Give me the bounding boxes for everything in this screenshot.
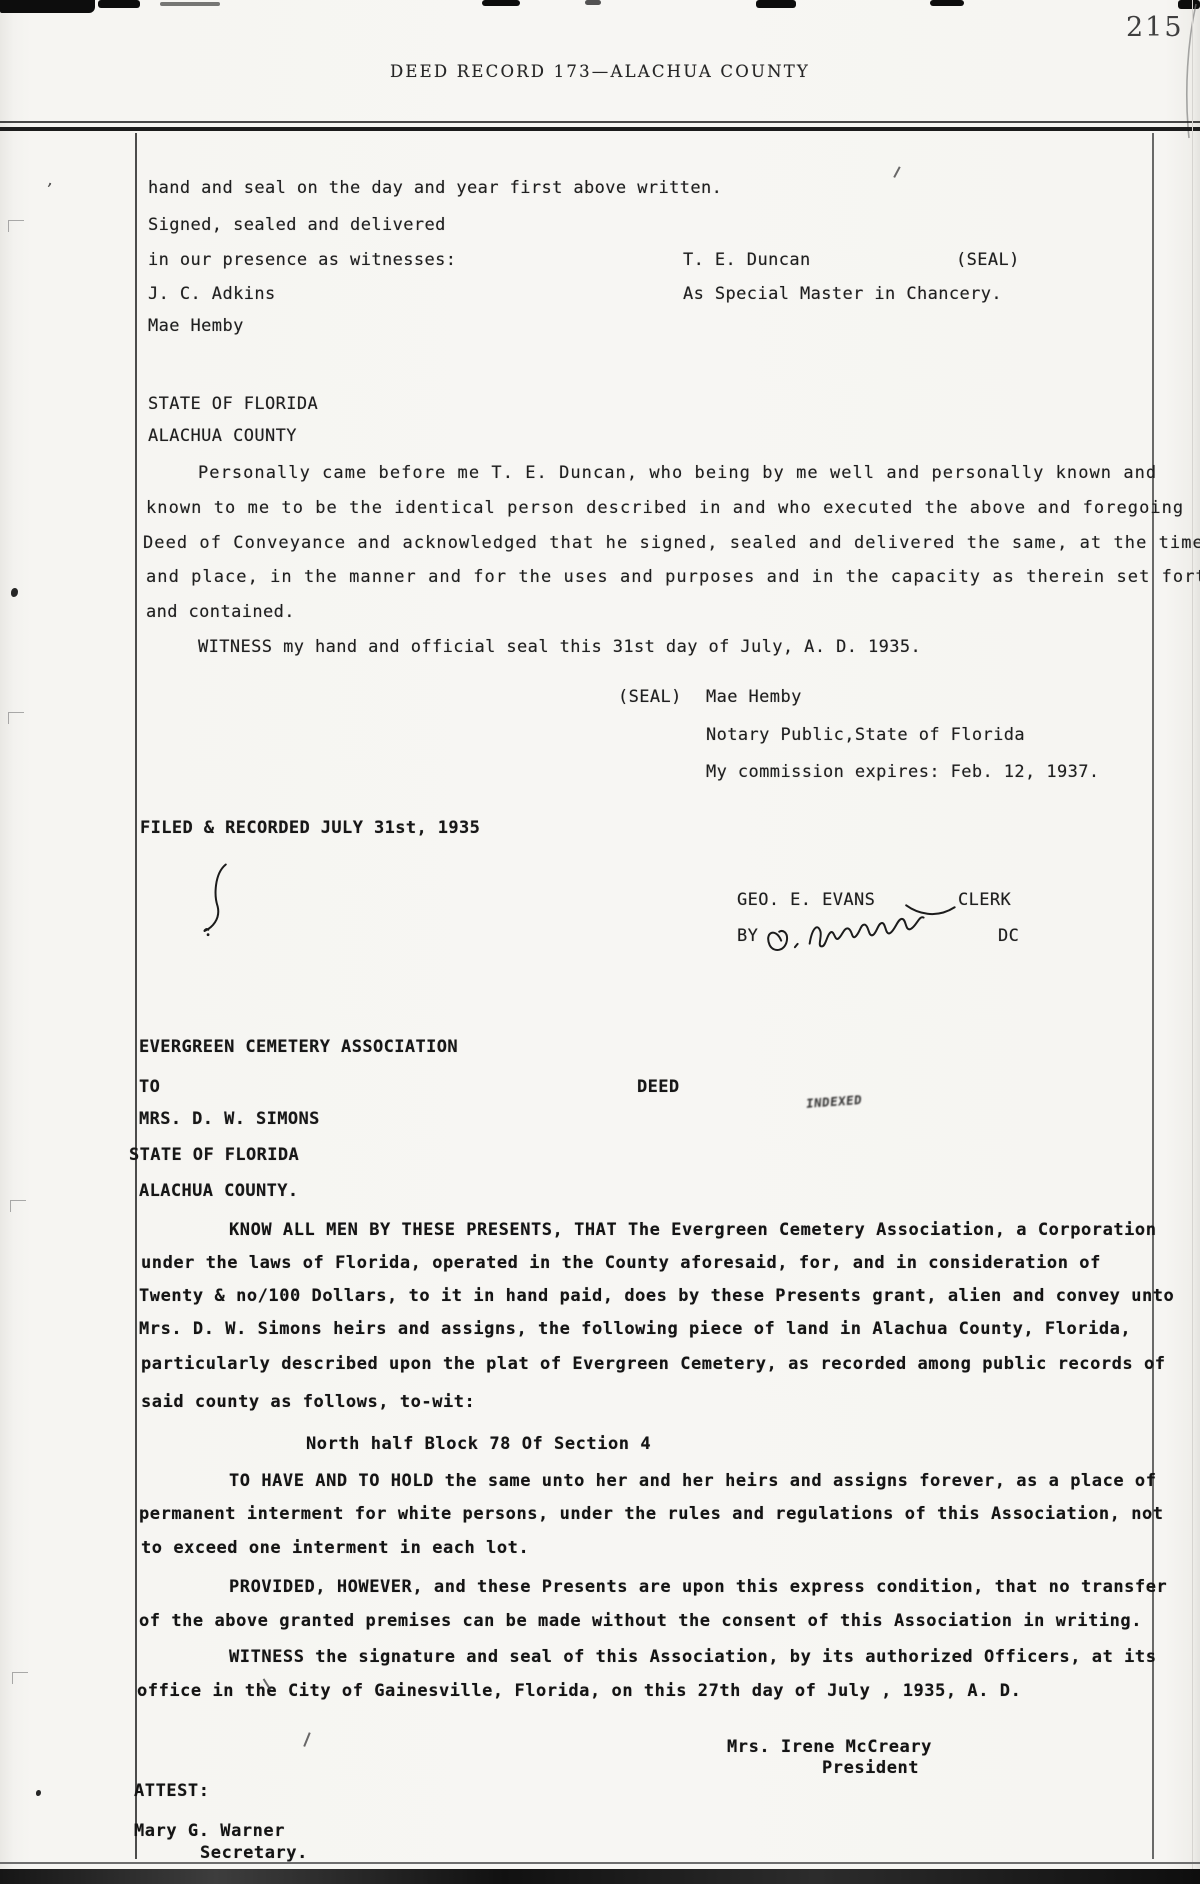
scan-artifact [930,0,964,6]
caption-grantor: EVERGREEN CEMETERY ASSOCIATION [139,1037,458,1057]
deed-body-line-3: Twenty & no/100 Dollars, to it in hand p… [139,1286,1174,1306]
ruled-line-bottom [0,1862,1200,1864]
ack-para-line-5: and contained. [146,602,295,622]
deed-county: ALACHUA COUNTY. [139,1181,299,1201]
scan-artifact [8,220,24,232]
left-margin-rule [135,133,137,1859]
clerk-title: CLERK [958,890,1011,910]
witness-clause-line-1: WITNESS the signature and seal of this A… [229,1647,1157,1667]
president-title: President [822,1758,919,1778]
ruled-line-top-thin [0,121,1200,123]
caption-instrument: DEED [637,1077,680,1097]
scan-artifact [893,166,900,177]
proviso-line-1: PROVIDED, HOWEVER, and these Presents ar… [229,1577,1167,1597]
notary-name: Mae Hemby [706,687,802,707]
closing-line-3: in our presence as witnesses: [148,250,456,270]
right-margin-rule [1152,133,1154,1859]
scan-artifact [10,1200,26,1212]
page-number: 215 [1126,12,1184,43]
scan-artifact [12,1672,28,1684]
ack-state: STATE OF FLORIDA [148,394,318,414]
deed-state: STATE OF FLORIDA [129,1145,299,1165]
deed-body-line-2: under the laws of Florida, operated in t… [141,1253,1101,1273]
proviso-line-2: of the above granted premises can be mad… [139,1611,1142,1631]
page-edge-line [1192,0,1193,1884]
ack-para-line-2: known to me to be the identical person d… [146,498,1184,518]
master-title: As Special Master in Chancery. [683,284,1002,304]
notary-commission: My commission expires: Feb. 12, 1937. [706,762,1100,782]
ack-para-line-1: Personally came before me T. E. Duncan, … [198,463,1157,483]
scan-artifact: ’ [42,179,55,198]
scan-artifact [756,0,796,8]
ack-para-line-4: and place, in the manner and for the use… [146,567,1200,587]
ack-county: ALACHUA COUNTY [148,426,297,446]
deputy-initials: DC [998,926,1019,946]
indexed-stamp: INDEXED [806,1092,863,1111]
scan-artifact [585,0,601,5]
ack-witness-line: WITNESS my hand and official seal this 3… [198,637,921,657]
book-header: DEED RECORD 173—ALACHUA COUNTY [0,62,1200,81]
scan-artifact [36,1790,41,1796]
filed-line: FILED & RECORDED JULY 31st, 1935 [140,818,480,838]
habendum-line-1: TO HAVE AND TO HOLD the same unto her an… [229,1471,1157,1491]
witness-name-adkins: J. C. Adkins [148,284,276,304]
caption-to: TO [139,1077,160,1097]
closing-line-2: Signed, sealed and delivered [148,215,446,235]
scan-artifact [160,2,220,6]
deed-body-line-1: KNOW ALL MEN BY THESE PRESENTS, THAT The… [229,1220,1157,1240]
scan-artifact [0,0,95,13]
grantor-signature-duncan: T. E. Duncan [683,250,811,270]
secretary-title: Secretary. [200,1843,308,1863]
seal-label: (SEAL) [956,250,1020,270]
scan-artifact [8,712,24,724]
notary-title: Notary Public,State of Florida [706,725,1025,745]
attest-label: ATTEST: [134,1781,210,1801]
habendum-line-3: to exceed one interment in each lot. [141,1538,529,1558]
ruled-line-top-thick [0,127,1200,131]
pen-mark [196,857,234,939]
witness-name-hemby: Mae Hemby [148,316,244,336]
deed-record-scan-page: 215 DEED RECORD 173—ALACHUA COUNTY hand … [0,0,1200,1884]
ack-para-line-3: Deed of Conveyance and acknowledged that… [143,533,1200,553]
secretary-name: Mary G. Warner [134,1821,285,1841]
caption-grantee: MRS. D. W. SIMONS [139,1109,320,1129]
habendum-line-2: permanent interment for white persons, u… [139,1504,1164,1524]
scan-artifact [98,0,140,8]
property-description: North half Block 78 Of Section 4 [306,1434,651,1454]
scan-artifact [482,0,520,6]
president-name: Mrs. Irene McCreary [727,1737,932,1757]
notary-seal-label: (SEAL) [618,687,682,707]
deed-body-line-6: said county as follows, to-wit: [141,1392,475,1412]
deed-body-line-4: Mrs. D. W. Simons heirs and assigns, the… [139,1319,1131,1339]
by-label: BY [737,926,758,946]
closing-line-1: hand and seal on the day and year first … [148,178,722,198]
scan-artifact [11,588,18,597]
witness-clause-line-2: office in the City of Gainesville, Flori… [137,1681,1021,1701]
scan-artifact [303,1732,310,1746]
deed-body-line-5: particularly described upon the plat of … [141,1354,1166,1374]
bottom-scan-band [0,1869,1200,1884]
